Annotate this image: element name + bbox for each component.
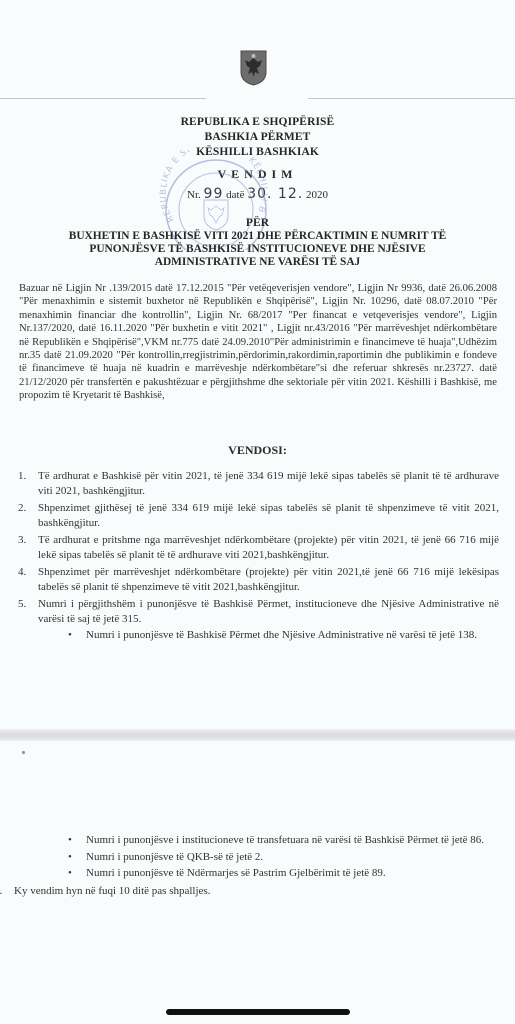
title-line-1: BUXHETIN E BASHKISË VITI 2021 DHE PËRCAK… — [20, 230, 495, 244]
republic-heading: REPUBLIKA E SHQIPËRISË — [0, 116, 515, 128]
document-page-2: •Numri i punonjësve i institucioneve të … — [0, 741, 515, 1024]
scan-speck — [22, 751, 25, 754]
decision-item: 2.Shpenzimet gjithësej të jenë 334 619 m… — [14, 501, 499, 530]
header-rule-left — [0, 98, 206, 99]
bullet-icon: • — [68, 866, 72, 881]
bullet-icon: • — [68, 628, 72, 643]
bullet-item: •Numri i punonjësve të Ndërmarjes së Pas… — [62, 866, 499, 881]
preamble-paragraph: Bazuar në Ligjin Nr .139/2015 datë 17.12… — [19, 282, 497, 403]
decision-item: 1.Të ardhurat e Bashkisë për vitin 2021,… — [14, 469, 499, 498]
bullet-item: •Numri i punonjësve të QKB-së të jetë 2. — [62, 850, 499, 865]
bullet-icon: • — [68, 833, 72, 848]
bullet-item: •Numri i punonjësve të Bashkisë Përmet d… — [62, 628, 499, 643]
coat-of-arms-icon — [240, 50, 267, 86]
bullet-item: •Numri i punonjësve i institucioneve të … — [62, 833, 499, 848]
decision-year: 2020 — [306, 189, 328, 201]
vendosi-heading: VENDOSI: — [0, 443, 515, 458]
staff-bullets-page2: •Numri i punonjësve i institucioneve të … — [38, 833, 499, 881]
staff-bullets-page1: •Numri i punonjësve të Bashkisë Përmet d… — [38, 628, 499, 643]
document-page-1: REPUBLIKA E SHQIPËRISË BASHKIA PËRMET KË… — [0, 0, 515, 729]
decision-item: 6.Ky vendim hyn në fuqi 10 ditë pas shpa… — [0, 884, 499, 899]
decision-item: 5.Numri i përgjithshëm i punonjësve të B… — [14, 597, 499, 643]
title-line-2: PUNONJËSVE TË BASHKISË INSTITUCIONEVE DH… — [20, 243, 495, 257]
decision-item: 3.Të ardhurat e pritshme nga marrëveshje… — [14, 533, 499, 562]
decision-items-list-continued: •Numri i punonjësve i institucioneve të … — [14, 833, 499, 901]
page-break-separator — [0, 729, 515, 741]
title-line-3: ADMINISTRATIVE NE VARËSI TË SAJ — [20, 256, 495, 270]
decision-item: 4.Shpenzimet për marrëveshjet ndërkombët… — [14, 565, 499, 594]
decision-item-5-continued: •Numri i punonjësve i institucioneve të … — [14, 833, 499, 881]
decision-items-list: 1.Të ardhurat e Bashkisë për vitin 2021,… — [14, 469, 499, 646]
home-indicator[interactable] — [166, 1009, 350, 1015]
title-per: PËR — [0, 217, 515, 229]
municipality-heading: BASHKIA PËRMET — [0, 131, 515, 143]
bullet-icon: • — [68, 850, 72, 865]
header-rule-right — [308, 98, 515, 99]
